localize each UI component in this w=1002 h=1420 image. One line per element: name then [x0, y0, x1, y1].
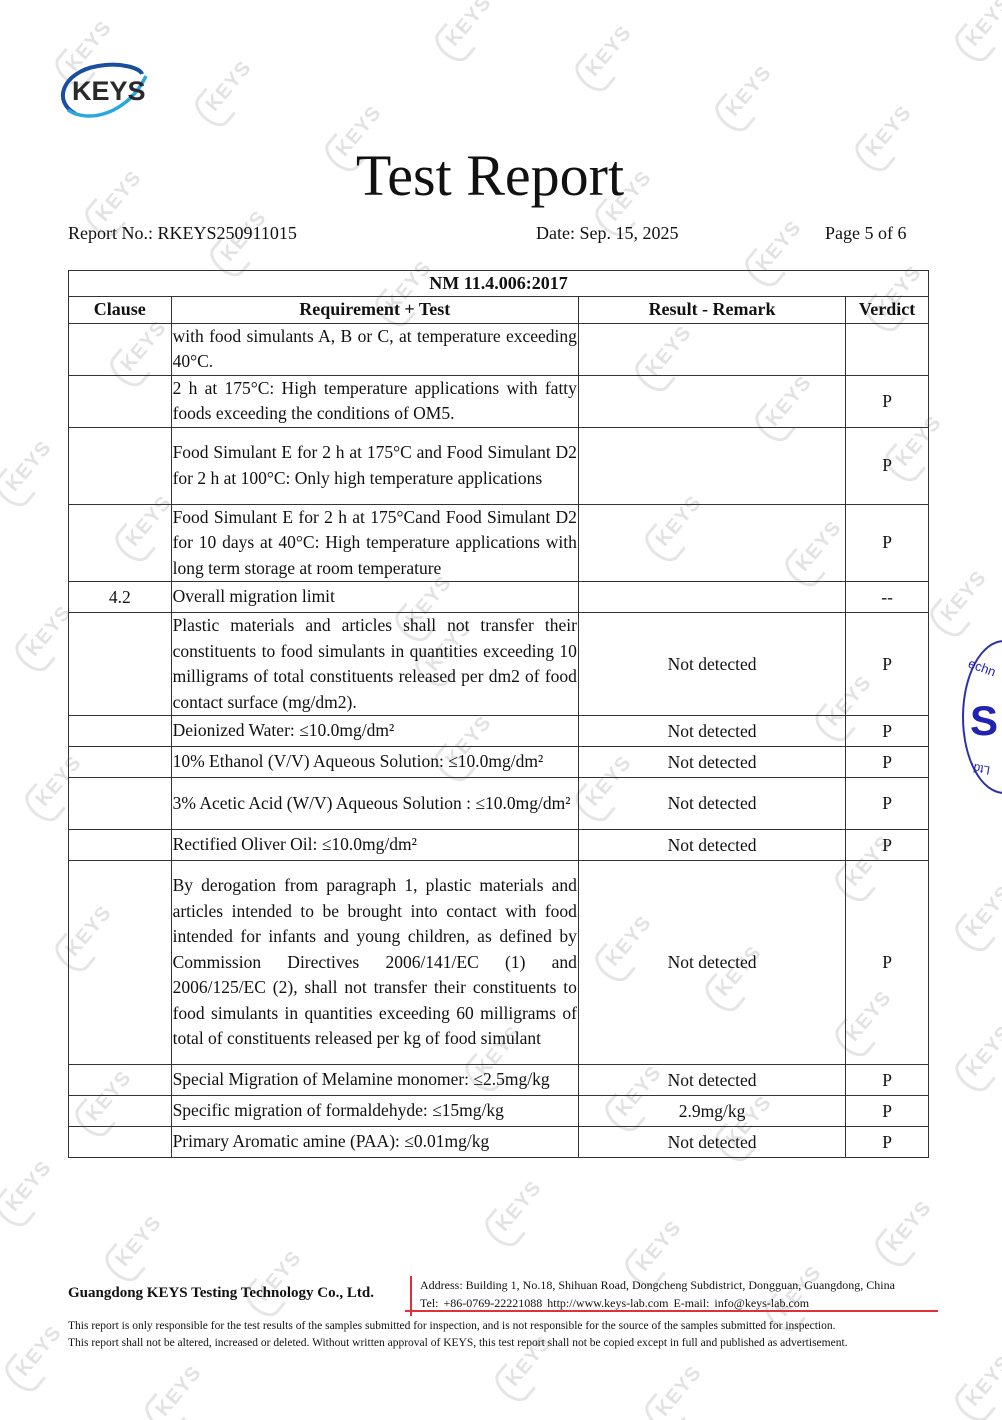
keys-watermark: KEYS [2, 437, 57, 497]
table-row: Rectified Oliver Oil: ≤10.0mg/dm²Not det… [69, 830, 929, 861]
verdict-cell: P [846, 504, 929, 582]
table-row: 3% Acetic Acid (W/V) Aqueous Solution : … [69, 778, 929, 830]
keys-watermark: KEYS [2, 1157, 57, 1217]
table-row: Food Simulant E for 2 h at 175°C and Foo… [69, 427, 929, 504]
result-cell: Not detected [578, 747, 845, 778]
result-cell: 2.9mg/kg [578, 1096, 845, 1127]
result-cell: Not detected [578, 716, 845, 747]
table-row: with food simulants A, B or C, at temper… [69, 323, 929, 375]
result-cell [578, 582, 845, 613]
requirement-cell: By derogation from paragraph 1, plastic … [171, 861, 578, 1065]
verdict-cell: P [846, 778, 929, 830]
result-cell [578, 427, 845, 504]
clause-cell [69, 778, 172, 830]
result-cell: Not detected [578, 613, 845, 716]
verdict-cell: P [846, 427, 929, 504]
requirement-cell: 10% Ethanol (V/V) Aqueous Solution: ≤10.… [171, 747, 578, 778]
disclaimer-line-2: This report shall not be altered, increa… [68, 1337, 848, 1349]
logo-text: KEYS [72, 76, 146, 107]
verdict-cell [846, 323, 929, 375]
clause-cell [69, 375, 172, 427]
keys-watermark: KEYS [752, 217, 807, 277]
clause-cell [69, 861, 172, 1065]
verdict-cell: P [846, 613, 929, 716]
result-cell [578, 504, 845, 582]
clause-cell [69, 716, 172, 747]
result-cell: Not detected [578, 861, 845, 1065]
table-row: Primary Aromatic amine (PAA): ≤0.01mg/kg… [69, 1127, 929, 1158]
clause-cell [69, 504, 172, 582]
keys-watermark: KEYS [112, 1212, 167, 1272]
column-header-result: Result - Remark [578, 297, 845, 324]
requirement-cell: 3% Acetic Acid (W/V) Aqueous Solution : … [171, 778, 578, 830]
page-title: Test Report [0, 142, 980, 209]
test-results-table: NM 11.4.006:2017 Clause Requirement + Te… [68, 270, 929, 1158]
verdict-cell: P [846, 747, 929, 778]
keys-watermark: KEYS [442, 0, 497, 51]
result-cell [578, 323, 845, 375]
table-row: 2 h at 175°C: High temperature applicati… [69, 375, 929, 427]
requirement-cell: Rectified Oliver Oil: ≤10.0mg/dm² [171, 830, 578, 861]
table-row: Deionized Water: ≤10.0mg/dm²Not detected… [69, 716, 929, 747]
table-row: Food Simulant E for 2 h at 175°Cand Food… [69, 504, 929, 582]
keys-watermark: KEYS [492, 1177, 547, 1237]
keys-watermark: KEYS [962, 0, 1002, 51]
standard-heading: NM 11.4.006:2017 [69, 271, 929, 297]
page-number: Page 5 of 6 [825, 223, 906, 244]
clause-cell [69, 1065, 172, 1096]
verdict-cell: P [846, 375, 929, 427]
stamp-letter: S [970, 697, 998, 745]
column-header-requirement: Requirement + Test [171, 297, 578, 324]
keys-watermark: KEYS [652, 1362, 707, 1420]
footer-contact: Tel: +86-0769-22221088 http://www.keys-l… [420, 1296, 809, 1311]
requirement-cell: Food Simulant E for 2 h at 175°Cand Food… [171, 504, 578, 582]
keys-logo: KEYS [58, 62, 150, 122]
verdict-cell: P [846, 1065, 929, 1096]
footer-company-name: Guangdong KEYS Testing Technology Co., L… [68, 1285, 374, 1302]
table-row: Special Migration of Melamine monomer: ≤… [69, 1065, 929, 1096]
verdict-cell: P [846, 1127, 929, 1158]
keys-watermark: KEYS [722, 62, 777, 122]
requirement-cell: Primary Aromatic amine (PAA): ≤0.01mg/kg [171, 1127, 578, 1158]
requirement-cell: Food Simulant E for 2 h at 175°C and Foo… [171, 427, 578, 504]
clause-cell [69, 747, 172, 778]
result-cell [578, 375, 845, 427]
report-date: Date: Sep. 15, 2025 [536, 223, 678, 244]
clause-cell: 4.2 [69, 582, 172, 613]
requirement-cell: Special Migration of Melamine monomer: ≤… [171, 1065, 578, 1096]
column-header-clause: Clause [69, 297, 172, 324]
clause-cell [69, 613, 172, 716]
keys-watermark: KEYS [882, 1197, 937, 1257]
keys-watermark: KEYS [12, 1322, 67, 1382]
keys-watermark: KEYS [152, 1362, 207, 1420]
table-row: Specific migration of formaldehyde: ≤15m… [69, 1096, 929, 1127]
verdict-cell: -- [846, 582, 929, 613]
result-cell: Not detected [578, 1065, 845, 1096]
clause-cell [69, 1096, 172, 1127]
result-cell: Not detected [578, 1127, 845, 1158]
requirement-cell: Plastic materials and articles shall not… [171, 613, 578, 716]
clause-cell [69, 1127, 172, 1158]
verdict-cell: P [846, 830, 929, 861]
report-number: Report No.: RKEYS250911015 [68, 223, 297, 244]
table-row: 10% Ethanol (V/V) Aqueous Solution: ≤10.… [69, 747, 929, 778]
verdict-cell: P [846, 1096, 929, 1127]
verdict-cell: P [846, 716, 929, 747]
verdict-cell: P [846, 861, 929, 1065]
table-row: Plastic materials and articles shall not… [69, 613, 929, 716]
keys-watermark: KEYS [962, 1022, 1002, 1082]
column-header-verdict: Verdict [846, 297, 929, 324]
keys-watermark: KEYS [632, 1217, 687, 1277]
requirement-cell: with food simulants A, B or C, at temper… [171, 323, 578, 375]
result-cell: Not detected [578, 830, 845, 861]
keys-watermark: KEYS [962, 1352, 1002, 1412]
requirement-cell: Overall migration limit [171, 582, 578, 613]
keys-watermark: KEYS [202, 57, 257, 117]
requirement-cell: Deionized Water: ≤10.0mg/dm² [171, 716, 578, 747]
stamp-text-bottom: Ltd. [969, 760, 991, 777]
keys-watermark: KEYS [937, 567, 992, 627]
keys-watermark: KEYS [582, 22, 637, 82]
clause-cell [69, 323, 172, 375]
table-row: By derogation from paragraph 1, plastic … [69, 861, 929, 1065]
clause-cell [69, 830, 172, 861]
table-row: 4.2Overall migration limit-- [69, 582, 929, 613]
disclaimer-line-1: This report is only responsible for the … [68, 1320, 835, 1332]
footer-address: Address: Building 1, No.18, Shihuan Road… [420, 1278, 895, 1293]
keys-watermark: KEYS [962, 882, 1002, 942]
requirement-cell: Specific migration of formaldehyde: ≤15m… [171, 1096, 578, 1127]
clause-cell [69, 427, 172, 504]
result-cell: Not detected [578, 778, 845, 830]
requirement-cell: 2 h at 175°C: High temperature applicati… [171, 375, 578, 427]
